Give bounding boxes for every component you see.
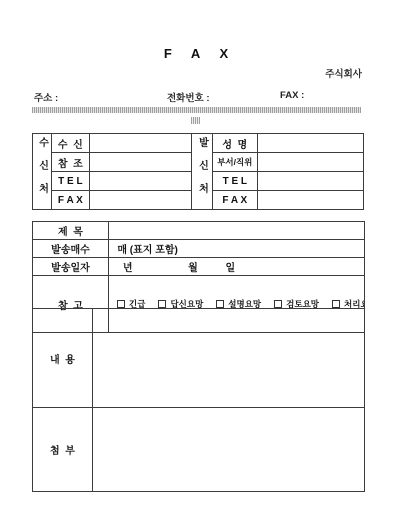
body-table: 내 용 첨 부 <box>32 308 365 492</box>
company-label: 주식회사 <box>325 66 362 80</box>
table-row: 제 목 <box>33 222 365 240</box>
checkbox-icon[interactable] <box>332 300 340 308</box>
sender-group-label: 발신처 <box>192 134 212 210</box>
fax-cover-page: F A X 주식회사 주소 : 전화번호 : FAX : 수신처 수 신 발신처… <box>0 0 400 532</box>
content-field[interactable] <box>93 309 365 408</box>
send-date-label: 발송일자 <box>33 258 109 276</box>
recipient-tel-label: T E L <box>52 172 89 191</box>
fax-number-label: FAX : <box>280 90 304 101</box>
sender-name-field[interactable] <box>258 134 364 153</box>
table-row: 발송일자 년 월 일 <box>33 258 365 276</box>
content-label: 내 용 <box>33 309 93 408</box>
recipient-fax-label: F A X <box>52 191 89 210</box>
sender-name-label: 성 명 <box>212 134 257 153</box>
recipient-fax-field[interactable] <box>89 191 192 210</box>
sender-fax-field[interactable] <box>258 191 364 210</box>
checkbox-icon[interactable] <box>117 300 125 308</box>
table-row: 첨 부 <box>33 408 365 492</box>
address-label: 주소 : <box>34 90 58 104</box>
subject-label: 제 목 <box>33 222 109 240</box>
sender-dept-label: 부서/직위 <box>212 153 257 172</box>
page-count-label: 발송매수 <box>33 240 109 258</box>
sender-dept-field[interactable] <box>258 153 364 172</box>
table-row: 수신처 수 신 발신처 성 명 <box>33 134 364 153</box>
page-title: F A X <box>0 46 400 61</box>
attachment-field[interactable] <box>93 408 365 492</box>
center-fold-mark <box>191 117 200 124</box>
table-row: 발송매수 매 (표지 포함) <box>33 240 365 258</box>
attachment-label: 첨 부 <box>33 408 93 492</box>
page-count-field[interactable]: 매 (표지 포함) <box>109 240 365 258</box>
recipient-group-label: 수신처 <box>33 134 52 210</box>
sender-fax-label: F A X <box>212 191 257 210</box>
subject-field[interactable] <box>109 222 365 240</box>
contact-line: 주소 : 전화번호 : FAX : <box>32 90 364 102</box>
hatched-divider-bar <box>32 107 361 113</box>
checkbox-icon[interactable] <box>274 300 282 308</box>
phone-label: 전화번호 : <box>167 90 210 104</box>
recipient-cc-field[interactable] <box>89 153 192 172</box>
recipient-to-field[interactable] <box>89 134 192 153</box>
sender-tel-label: T E L <box>212 172 257 191</box>
checkbox-icon[interactable] <box>158 300 166 308</box>
parties-table: 수신처 수 신 발신처 성 명 참 조 부서/직위 T E L T E L F … <box>32 133 364 210</box>
recipient-cc-label: 참 조 <box>52 153 89 172</box>
recipient-tel-field[interactable] <box>89 172 192 191</box>
send-date-field[interactable]: 년 월 일 <box>109 258 365 276</box>
table-row: 내 용 <box>33 309 365 408</box>
recipient-to-label: 수 신 <box>52 134 89 153</box>
sender-tel-field[interactable] <box>258 172 364 191</box>
checkbox-icon[interactable] <box>216 300 224 308</box>
